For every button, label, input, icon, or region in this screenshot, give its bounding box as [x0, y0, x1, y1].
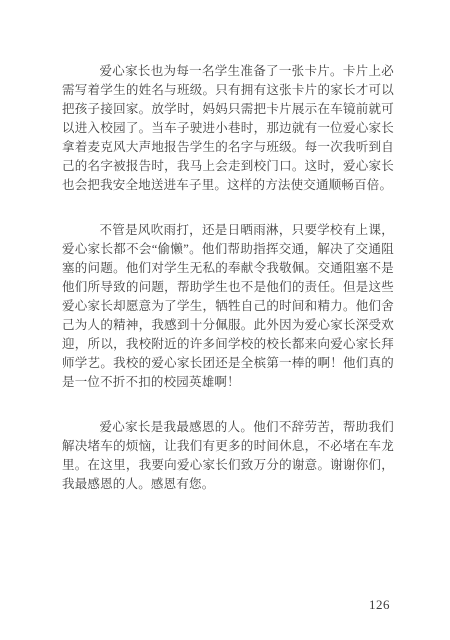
essay-body: 爱心家长也为每一名学生准备了一张卡片。卡片上必需写着学生的姓名与班级。只有拥有这…: [62, 62, 394, 520]
paragraph-2: 不管是风吹雨打，还是日晒雨淋，只要学校有上课，爱心家长都不会“偷懒”。他们帮助指…: [62, 221, 394, 392]
page-number: 126: [369, 597, 390, 613]
paragraph-1: 爱心家长也为每一名学生准备了一张卡片。卡片上必需写着学生的姓名与班级。只有拥有这…: [62, 62, 394, 195]
paragraph-3: 爱心家长是我最感恩的人。他们不辞劳苦，帮助我们解决堵车的烦恼，让我们有更多的时间…: [62, 418, 394, 494]
document-page: 爱心家长也为每一名学生准备了一张卡片。卡片上必需写着学生的姓名与班级。只有拥有这…: [0, 0, 450, 640]
